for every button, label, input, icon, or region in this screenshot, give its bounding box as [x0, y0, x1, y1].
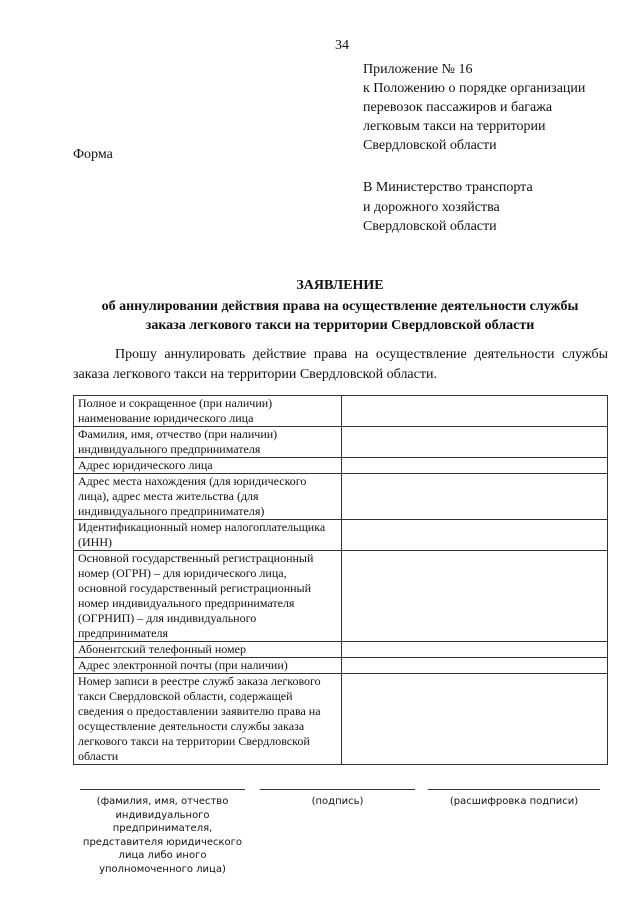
row-label: Фамилия, имя, отчество (при наличии) инд… — [74, 427, 342, 458]
table-row: Адрес места нахождения (для юридического… — [74, 474, 608, 520]
row-value-field[interactable] — [342, 474, 608, 520]
row-value-field[interactable] — [342, 642, 608, 658]
row-value-field[interactable] — [342, 551, 608, 642]
table-row: Основной государственный регистрационный… — [74, 551, 608, 642]
page-number: 34 — [335, 38, 349, 54]
signature-decoding-line[interactable] — [428, 789, 600, 790]
subtitle-line: заказа легкового такси на территории Све… — [60, 316, 620, 335]
row-value-field[interactable] — [342, 458, 608, 474]
addressee-block: В Министерство транспорта и дорожного хо… — [363, 178, 533, 237]
signature-caption: (подпись) — [260, 795, 415, 809]
name-signature-line[interactable] — [80, 789, 245, 790]
request-paragraph: Прошу аннулировать действие права на осу… — [73, 345, 608, 384]
row-label: Адрес юридического лица — [74, 458, 342, 474]
appendix-reference: Приложение № 16 к Положению о порядке ор… — [363, 60, 585, 155]
form-label: Форма — [73, 147, 113, 163]
row-value-field[interactable] — [342, 674, 608, 765]
appendix-line: легковым такси на территории — [363, 117, 585, 136]
table-row: Адрес юридического лица — [74, 458, 608, 474]
row-label: Адрес места нахождения (для юридического… — [74, 474, 342, 520]
signature-line[interactable] — [260, 789, 415, 790]
appendix-line: перевозок пассажиров и багажа — [363, 98, 585, 117]
row-label: Основной государственный регистрационный… — [74, 551, 342, 642]
subtitle-line: об аннулировании действия права на осуще… — [60, 297, 620, 316]
table-row: Адрес электронной почты (при наличии) — [74, 658, 608, 674]
addressee-line: В Министерство транспорта — [363, 178, 533, 198]
appendix-line: к Положению о порядке организации — [363, 79, 585, 98]
document-title: ЗАЯВЛЕНИЕ — [60, 278, 620, 294]
row-label: Идентификационный номер налогоплательщик… — [74, 520, 342, 551]
name-caption: (фамилия, имя, отчество индивидуального … — [80, 795, 245, 876]
addressee-line: и дорожного хозяйства — [363, 198, 533, 218]
row-value-field[interactable] — [342, 658, 608, 674]
row-label: Номер записи в реестре служб заказа легк… — [74, 674, 342, 765]
row-value-field[interactable] — [342, 396, 608, 427]
row-value-field[interactable] — [342, 520, 608, 551]
appendix-line: Свердловской области — [363, 136, 585, 155]
row-value-field[interactable] — [342, 427, 608, 458]
application-form-table: Полное и сокращенное (при наличии) наиме… — [73, 395, 608, 765]
decoding-caption: (расшифровка подписи) — [428, 795, 600, 809]
table-row: Фамилия, имя, отчество (при наличии) инд… — [74, 427, 608, 458]
document-subtitle: об аннулировании действия права на осуще… — [60, 297, 620, 335]
row-label: Полное и сокращенное (при наличии) наиме… — [74, 396, 342, 427]
table-row: Абонентский телефонный номер — [74, 642, 608, 658]
row-label: Абонентский телефонный номер — [74, 642, 342, 658]
row-label: Адрес электронной почты (при наличии) — [74, 658, 342, 674]
table-row: Идентификационный номер налогоплательщик… — [74, 520, 608, 551]
table-row: Номер записи в реестре служб заказа легк… — [74, 674, 608, 765]
appendix-line: Приложение № 16 — [363, 60, 585, 79]
addressee-line: Свердловской области — [363, 217, 533, 237]
table-row: Полное и сокращенное (при наличии) наиме… — [74, 396, 608, 427]
